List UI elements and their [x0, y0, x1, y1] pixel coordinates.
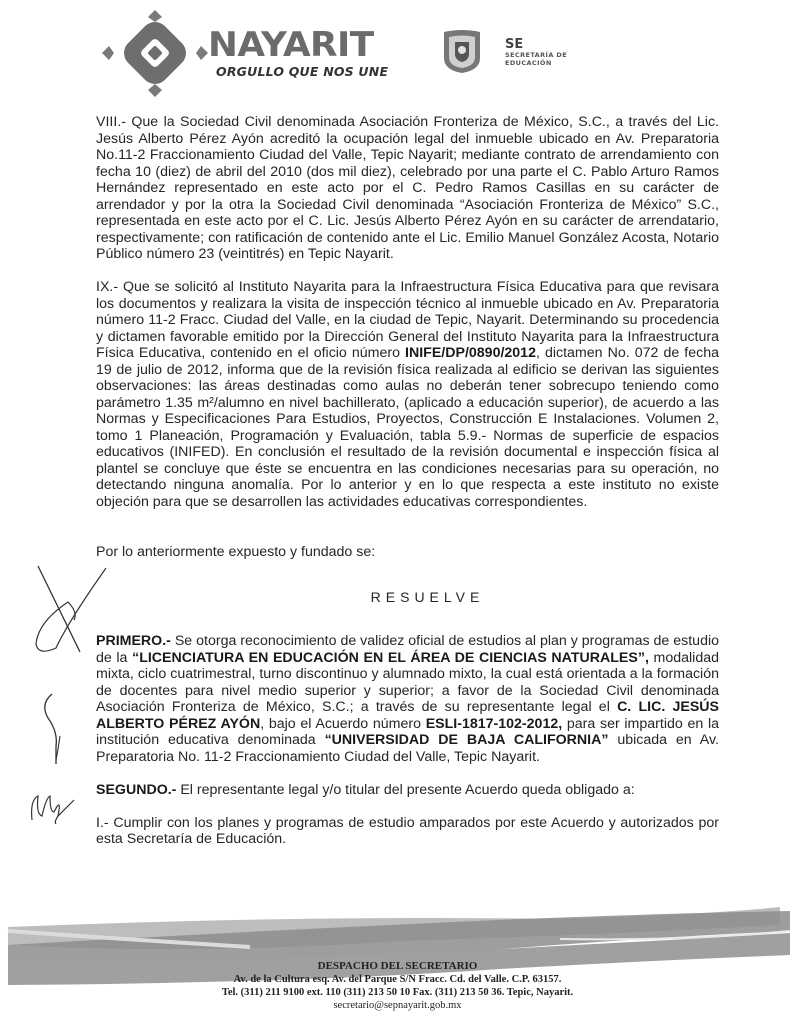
brand-name: NAYARIT	[208, 28, 374, 62]
primero-text-3: , bajo el Acuerdo número	[260, 716, 426, 732]
footer-office-title: DESPACHO DEL SECRETARIO	[0, 960, 795, 973]
paragraph-ix-part2: , dictamen No. 072 de fecha 19 de julio …	[96, 345, 719, 510]
document-body: VIII.- Que la Sociedad Civil denominada …	[96, 114, 719, 848]
state-coat-of-arms-icon	[440, 28, 484, 74]
resuelve-heading: RESUELVE	[96, 589, 719, 606]
letterhead: NAYARIT ORGULLO QUE NOS UNE SE SECRETARÍ…	[0, 0, 795, 100]
agreement-number: ESLI-1817-102-2012,	[426, 716, 562, 732]
initials-mark	[28, 790, 78, 824]
lead-in-statement: Por lo anteriormente expuesto y fundado …	[96, 544, 719, 561]
program-name: “LICENCIATURA EN EDUCACIÓN EN EL ÁREA DE…	[132, 650, 649, 666]
segundo-text: El representante legal y/o titular del p…	[176, 782, 634, 798]
footer-phones: Tel. (311) 211 9100 ext. 110 (311) 213 5…	[0, 986, 795, 999]
secretariat-label: SE SECRETARÍA DE EDUCACIÓN	[505, 38, 567, 67]
footer-email[interactable]: secretario@sepnayarit.gob.mx	[0, 999, 795, 1012]
segundo-label: SEGUNDO.-	[96, 782, 176, 798]
obligation-item-i: I.- Cumplir con los planes y programas d…	[96, 815, 719, 848]
signature-mark-1	[28, 562, 108, 662]
segundo-clause: SEGUNDO.- El representante legal y/o tit…	[96, 782, 719, 799]
secretariat-abbr: SE	[505, 38, 567, 51]
nayarit-diamond-logo-icon	[100, 8, 210, 98]
secretariat-name-line1: SECRETARÍA DE	[505, 51, 567, 59]
footer-address: Av. de la Cultura esq. Av. del Parque S/…	[0, 973, 795, 986]
institution-name: “UNIVERSIDAD DE BAJA CALIFORNIA”	[325, 732, 609, 748]
secretariat-name-line2: EDUCACIÓN	[505, 59, 567, 67]
paragraph-viii: VIII.- Que la Sociedad Civil denominada …	[96, 114, 719, 263]
oficio-number: INIFE/DP/0890/2012	[405, 345, 536, 361]
signature-mark-2	[36, 690, 76, 770]
footer-contact: DESPACHO DEL SECRETARIO Av. de la Cultur…	[0, 960, 795, 1012]
brand-slogan: ORGULLO QUE NOS UNE	[216, 64, 388, 79]
paragraph-ix: IX.- Que se solicitó al Instituto Nayari…	[96, 279, 719, 510]
primero-clause: PRIMERO.- Se otorga reconocimiento de va…	[96, 633, 719, 765]
